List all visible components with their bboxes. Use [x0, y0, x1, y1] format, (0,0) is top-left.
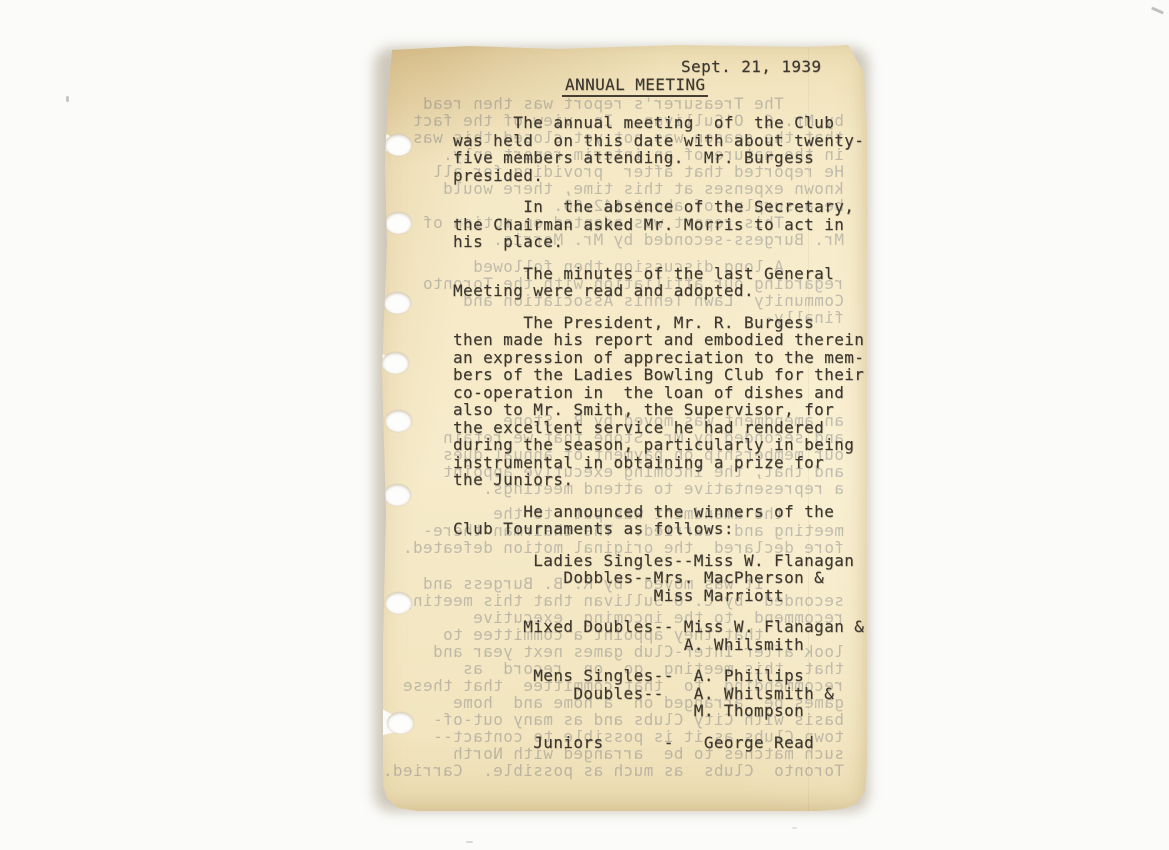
punch-hole [384, 292, 411, 314]
typed-line: was held on this date with about twenty- [453, 132, 864, 150]
typed-line: the excellent service he had rendered [453, 419, 864, 437]
paragraph: Mixed Doubles-- Miss W. Flanagan & A. Wh… [453, 618, 864, 653]
paragraph: The annual meeting of the Clubwas held o… [453, 114, 864, 184]
typed-line: A. Whilsmith [453, 636, 864, 654]
typed-line: Juniors - George Read [453, 734, 864, 752]
typed-line: the Chairman asked Mr. Morris to act in [453, 216, 864, 234]
typed-line: Mixed Doubles-- Miss W. Flanagan & [453, 618, 864, 636]
typed-line: five members attending. Mr. Burgess [453, 149, 864, 167]
typed-line: an expression of appreciation to the mem… [453, 349, 864, 367]
paragraph: Juniors - George Read [453, 734, 864, 752]
scan-speck [66, 96, 69, 102]
scan-speck [1151, 6, 1164, 14]
punch-hole [382, 352, 409, 374]
scan-speck [792, 827, 797, 829]
typed-line: Meeting were read and adopted. [453, 282, 864, 300]
document-title: ANNUAL MEETING [562, 75, 708, 97]
typed-line: The minutes of the last General [453, 265, 864, 283]
paper-sheet: The Treasurer's report was then readby M… [378, 43, 867, 811]
typed-line: during the season, particularly in being [453, 436, 864, 454]
typed-line: Mens Singles-- A. Phillips [453, 667, 864, 685]
typed-line: then made his report and embodied therei… [453, 331, 864, 349]
typed-text: The annual meeting of the Clubwas held o… [453, 114, 864, 765]
document-date: Sept. 21, 1939 [681, 57, 821, 76]
typed-line: The annual meeting of the Club [453, 114, 864, 132]
punch-hole [385, 134, 412, 156]
punch-hole [385, 410, 412, 432]
typed-line: the Juniors. [453, 471, 864, 489]
typed-line: Club Tournaments as follows: [453, 520, 864, 538]
paragraph: The minutes of the last GeneralMeeting w… [453, 265, 864, 300]
typed-line: Doubles-- A. Whilsmith & [453, 685, 864, 703]
scanned-page: { "document": { "date": "Sept. 21, 1939"… [0, 0, 1169, 850]
punch-hole [384, 484, 411, 506]
paragraph: In the absence of the Secretary,the Chai… [453, 198, 864, 251]
typed-line: He announced the winners of the [453, 503, 864, 521]
punch-hole [387, 712, 414, 734]
typed-line: presided. [453, 167, 864, 185]
paragraph: The President, Mr. R. Burgessthen made h… [453, 314, 864, 489]
typed-line: also to Mr. Smith, the Supervisor, for [453, 401, 864, 419]
punch-hole [385, 212, 412, 234]
punch-hole [385, 592, 412, 614]
typed-line: M. Thompson [453, 702, 864, 720]
paragraph: He announced the winners of theClub Tour… [453, 503, 864, 538]
typed-line: co-operation in the loan of dishes and [453, 384, 864, 402]
typed-line: Ladies Singles--Miss W. Flanagan [453, 552, 864, 570]
typed-line: Dobbles--Mrs. MacPherson & [453, 569, 864, 587]
typed-line: Miss Marriott [453, 587, 864, 605]
typed-line: instrumental in obtaining a prize for [453, 454, 864, 472]
typed-line: The President, Mr. R. Burgess [453, 314, 864, 332]
typed-line: In the absence of the Secretary, [453, 198, 864, 216]
typed-line: bers of the Ladies Bowling Club for thei… [453, 366, 864, 384]
typed-line: his place. [453, 233, 864, 251]
paragraph: Ladies Singles--Miss W. Flanagan Dobbles… [453, 552, 864, 605]
paragraph: Mens Singles-- A. Phillips Doubles-- A. … [453, 667, 864, 720]
ghost-line: The Treasurer's report was then read [423, 95, 844, 113]
scan-speck [466, 841, 473, 843]
